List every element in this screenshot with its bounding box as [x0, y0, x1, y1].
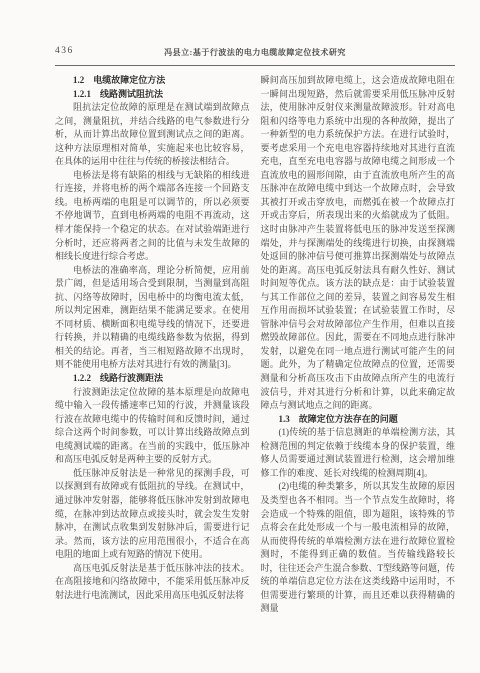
header-divider: [55, 65, 455, 66]
paragraph: (1)传统的基于信息测距的单端检测方法，其检测范围的判定依赖于线缆本身的保护装置…: [261, 426, 456, 480]
subsection-heading-1-2-1: 1.2.1 线路测试阻抗法: [55, 88, 250, 102]
paragraph: (2)电缆的种类繁多，所以其发生故障的原因及类型也各不相同。当一个节点发生故障时…: [261, 480, 456, 615]
scanned-paper-page: 436 冯县立:基于行波法的电力电缆故障定位技术研究 1.2 电缆故障定位方法 …: [0, 0, 480, 673]
paragraph: 电桥法是将有缺陷的相线与无缺陷的相线进行连接，并将电桥的两个端部各连接一个回路支…: [55, 169, 250, 264]
page-header: 436 冯县立:基于行波法的电力电缆故障定位技术研究: [55, 46, 455, 59]
right-column: 瞬间高压加到故障电缆上，这会造成故障电阻在一瞬间出现短路，然后就需要采用低压脉冲…: [261, 74, 456, 616]
section-heading-1-2: 1.2 电缆故障定位方法: [55, 74, 250, 88]
paragraph: 电桥法的准确率高，理论分析简便，应用前景广阔，但是适用场合受到限制，当测量到高阻…: [55, 264, 250, 372]
two-column-body: 1.2 电缆故障定位方法 1.2.1 线路测试阻抗法 阻抗法定位故障的原理是在测…: [55, 74, 455, 616]
paragraph: 行波测距法定位故障的基本原理是向故障电缆中输入一段传播速率已知的行波，并测量该段…: [55, 386, 250, 467]
section-heading-1-3: 1.3 故障定位方法存在的问题: [261, 413, 456, 427]
paragraph: 阻抗法定位故障的原理是在测试端到故障点之间，测量阻抗，并结合线路的电气参数进行分…: [55, 101, 250, 169]
paragraph: 高压电弧反射法是基于低压脉冲法的技术。在高阻接地和闪络故障中，不能采用低压脉冲反…: [55, 562, 250, 603]
running-title: 冯县立:基于行波法的电力电缆故障定位技术研究: [55, 47, 455, 58]
left-column: 1.2 电缆故障定位方法 1.2.1 线路测试阻抗法 阻抗法定位故障的原理是在测…: [55, 74, 250, 616]
subsection-heading-1-2-2: 1.2.2 线路行波测距法: [55, 372, 250, 386]
paragraph: 低压脉冲反射法是一种常见的探测手段，可以探测到有故障或有低阻抗的导线。在测试中，…: [55, 467, 250, 562]
paragraph-continuation: 瞬间高压加到故障电缆上，这会造成故障电阻在一瞬间出现短路，然后就需要采用低压脉冲…: [261, 74, 456, 413]
